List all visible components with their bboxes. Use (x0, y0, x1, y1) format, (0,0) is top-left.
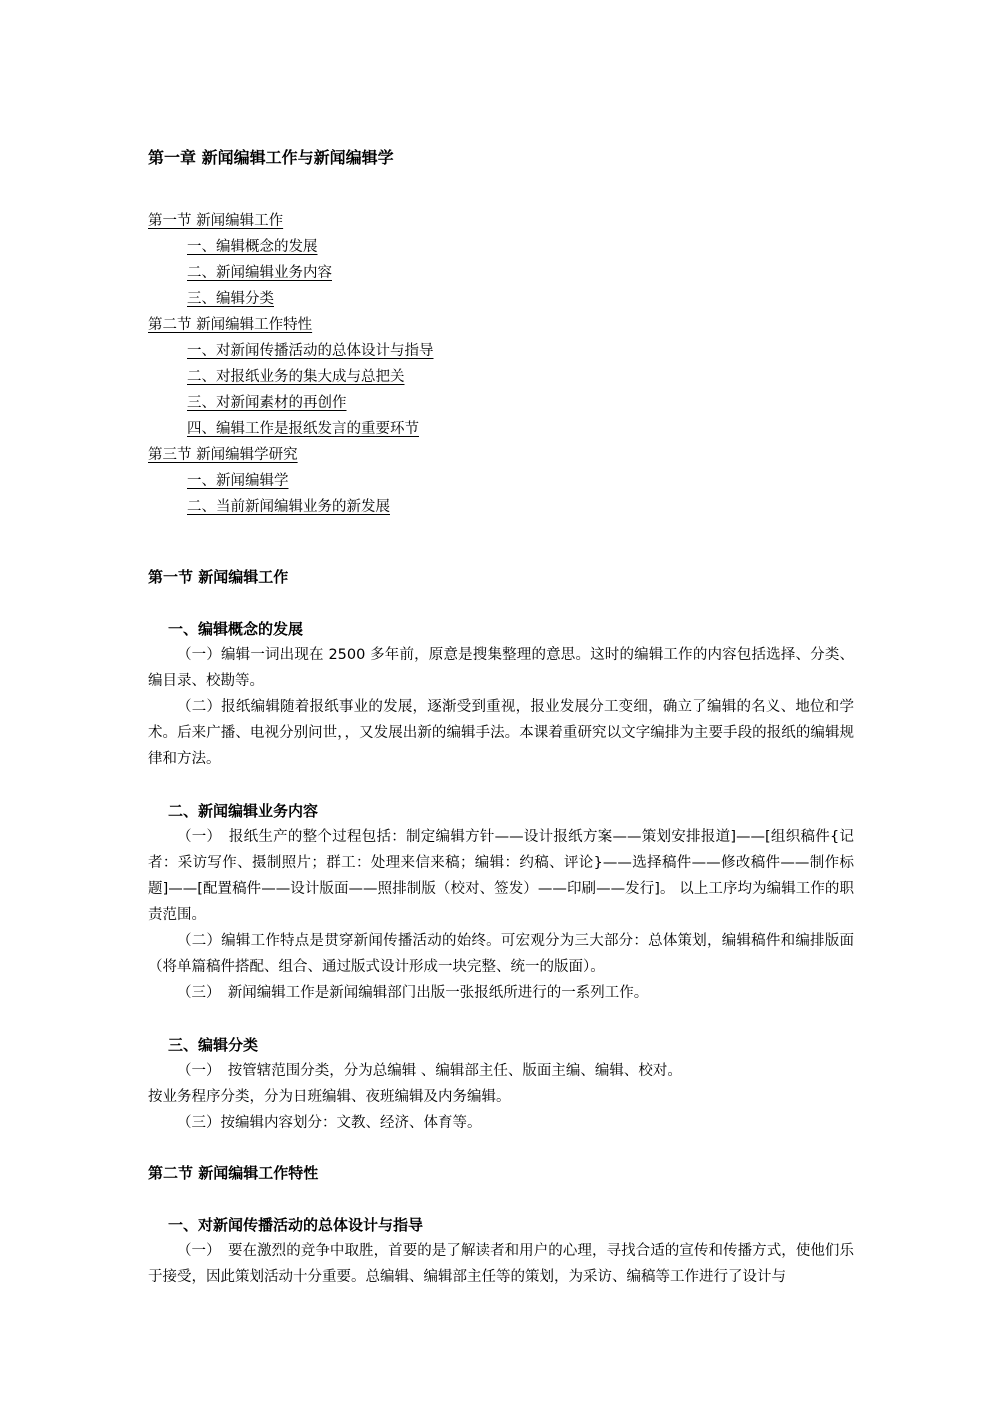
toc-item: 三、编辑分类 (148, 286, 854, 312)
section-1-heading: 第一节 新闻编辑工作 (148, 564, 854, 590)
paragraph: （一） 报纸生产的整个过程包括：制定编辑方针——设计报纸方案——策划安排报道]—… (148, 824, 854, 928)
toc-link[interactable]: 四、编辑工作是报纸发言的重要环节 (187, 421, 419, 437)
paragraph: （三） 新闻编辑工作是新闻编辑部门出版一张报纸所进行的一系列工作。 (148, 980, 854, 1006)
section-1: 第一节 新闻编辑工作 一、编辑概念的发展 （一）编辑一词出现在 2500 多年前… (148, 564, 854, 1136)
paragraph: （一） 要在激烈的竞争中取胜，首要的是了解读者和用户的心理，寻找合适的宣传和传播… (148, 1238, 854, 1290)
toc-link[interactable]: 第二节 新闻编辑工作特性 (148, 317, 312, 333)
subsection-1-1-heading: 一、编辑概念的发展 (148, 616, 854, 642)
toc-item: 二、新闻编辑业务内容 (148, 260, 854, 286)
toc-link[interactable]: 第三节 新闻编辑学研究 (148, 447, 298, 463)
toc-item: 一、新闻编辑学 (148, 468, 854, 494)
toc-item: 一、编辑概念的发展 (148, 234, 854, 260)
toc-link[interactable]: 二、新闻编辑业务内容 (187, 265, 332, 281)
toc-link[interactable]: 三、编辑分类 (187, 291, 274, 307)
paragraph: （一） 按管辖范围分类，分为总编辑 、编辑部主任、版面主编、编辑、校对。 (148, 1058, 854, 1084)
subsection-1-2-heading: 二、新闻编辑业务内容 (148, 798, 854, 824)
toc-link[interactable]: 三、对新闻素材的再创作 (187, 395, 347, 411)
toc-item: 四、编辑工作是报纸发言的重要环节 (148, 416, 854, 442)
toc-item: 一、对新闻传播活动的总体设计与指导 (148, 338, 854, 364)
toc-link[interactable]: 第一节 新闻编辑工作 (148, 213, 283, 229)
toc-link[interactable]: 一、对新闻传播活动的总体设计与指导 (187, 343, 434, 359)
table-of-contents: 第一节 新闻编辑工作 一、编辑概念的发展 二、新闻编辑业务内容 三、编辑分类 第… (148, 208, 854, 520)
subsection-1-3-heading: 三、编辑分类 (148, 1032, 854, 1058)
paragraph: 按业务程序分类，分为日班编辑、夜班编辑及内务编辑。 (148, 1084, 854, 1110)
subsection-2-1-heading: 一、对新闻传播活动的总体设计与指导 (148, 1212, 854, 1238)
paragraph: （三）按编辑内容划分：文教、经济、体育等。 (148, 1110, 854, 1136)
toc-item: 二、对报纸业务的集大成与总把关 (148, 364, 854, 390)
chapter-title: 第一章 新闻编辑工作与新闻编辑学 (148, 148, 854, 168)
paragraph: （一）编辑一词出现在 2500 多年前，原意是搜集整理的意思。这时的编辑工作的内… (148, 642, 854, 694)
section-2: 第二节 新闻编辑工作特性 一、对新闻传播活动的总体设计与指导 （一） 要在激烈的… (148, 1160, 854, 1290)
toc-link[interactable]: 一、新闻编辑学 (187, 473, 289, 489)
toc-item: 三、对新闻素材的再创作 (148, 390, 854, 416)
section-2-heading: 第二节 新闻编辑工作特性 (148, 1160, 854, 1186)
toc-item: 二、当前新闻编辑业务的新发展 (148, 494, 854, 520)
toc-item-section1: 第一节 新闻编辑工作 (148, 208, 854, 234)
page-content: 第一章 新闻编辑工作与新闻编辑学 第一节 新闻编辑工作 一、编辑概念的发展 二、… (0, 0, 993, 1404)
toc-item-section2: 第二节 新闻编辑工作特性 (148, 312, 854, 338)
toc-link[interactable]: 二、对报纸业务的集大成与总把关 (187, 369, 405, 385)
toc-item-section3: 第三节 新闻编辑学研究 (148, 442, 854, 468)
toc-link[interactable]: 二、当前新闻编辑业务的新发展 (187, 499, 390, 515)
toc-link[interactable]: 一、编辑概念的发展 (187, 239, 318, 255)
paragraph: （二）报纸编辑随着报纸事业的发展，逐渐受到重视，报业发展分工变细，确立了编辑的名… (148, 694, 854, 772)
document-page: 第一章 新闻编辑工作与新闻编辑学 第一节 新闻编辑工作 一、编辑概念的发展 二、… (0, 0, 993, 1404)
paragraph: （二）编辑工作特点是贯穿新闻传播活动的始终。可宏观分为三大部分：总体策划，编辑稿… (148, 928, 854, 980)
